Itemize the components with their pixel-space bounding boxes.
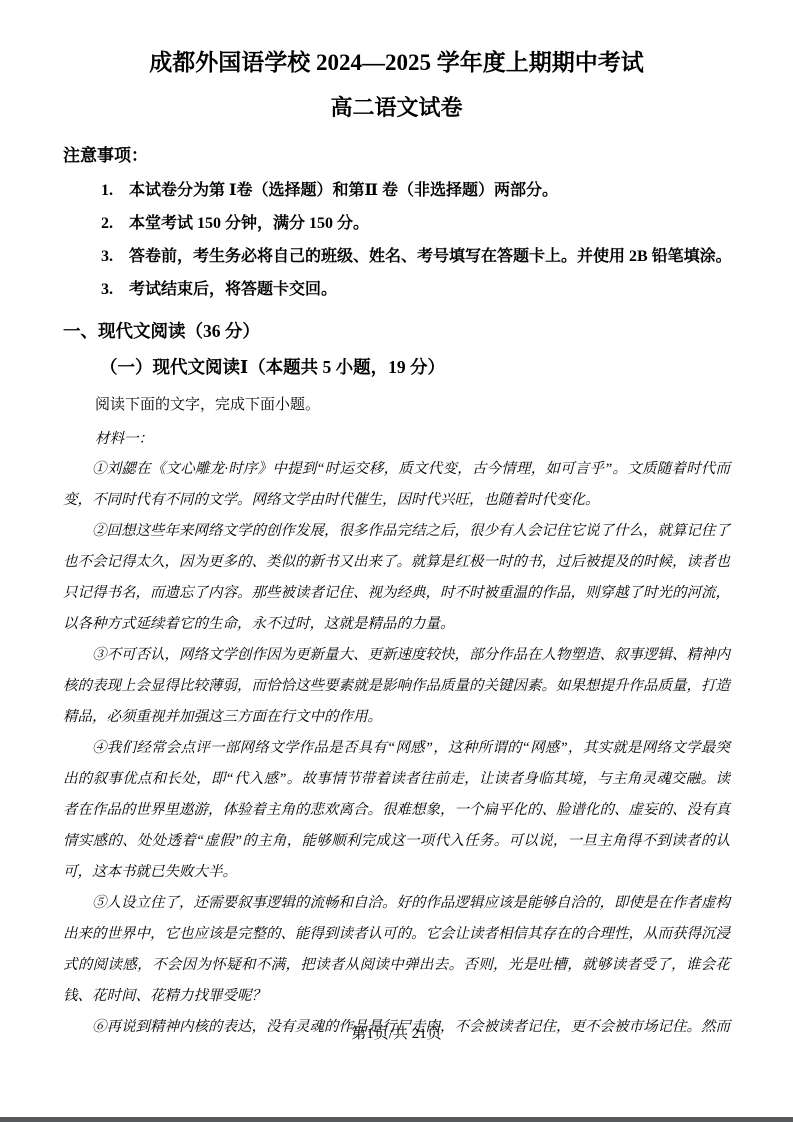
- notice-item-number: 3.: [101, 273, 129, 306]
- bottom-border-bar: [0, 1117, 793, 1122]
- section-heading-modern-reading: 一、现代文阅读（36 分）: [63, 316, 730, 346]
- notice-item-number: 2.: [101, 207, 129, 240]
- body-paragraph-4: ④我们经常会点评一部网络文学作品是否具有“网感”，这种所谓的“网感”，其实就是网…: [63, 733, 730, 888]
- page-title: 成都外国语学校 2024—2025 学年度上期期中考试: [63, 48, 730, 78]
- notice-item: 1.本试卷分为第 Ⅰ卷（选择题）和第Ⅱ 卷（非选择题）两部分。: [63, 174, 730, 207]
- exam-document-page: 成都外国语学校 2024—2025 学年度上期期中考试 高二语文试卷 注意事项：…: [0, 0, 793, 1122]
- body-paragraph-1: ①刘勰在《文心雕龙·时序》中提到“时运交移，质文代变，古今情理，如可言乎”。文质…: [63, 454, 730, 516]
- notice-item: 3.答卷前，考生务必将自己的班级、姓名、考号填写在答题卡上。并使用 2B 铅笔填…: [63, 240, 730, 273]
- notice-item: 3.考试结束后，将答题卡交回。: [63, 273, 730, 306]
- subsection-heading-reading-1: （一）现代文阅读Ⅰ（本题共 5 小题，19 分）: [100, 352, 730, 382]
- body-paragraph-3: ③不可否认，网络文学创作因为更新量大、更新速度较快，部分作品在人物塑造、叙事逻辑…: [63, 640, 730, 733]
- notice-item-text: 本试卷分为第 Ⅰ卷（选择题）和第Ⅱ 卷（非选择题）两部分。: [129, 182, 558, 199]
- body-paragraph-5: ⑤人设立住了，还需要叙事逻辑的流畅和自洽。好的作品逻辑应该是能够自洽的，即使是在…: [63, 888, 730, 1012]
- reading-instruction: 阅读下面的文字，完成下面小题。: [95, 392, 730, 418]
- notice-heading: 注意事项：: [63, 144, 730, 168]
- notice-item-text: 本堂考试 150 分钟，满分 150 分。: [129, 215, 369, 232]
- notice-item-text: 答卷前，考生务必将自己的班级、姓名、考号填写在答题卡上。并使用 2B 铅笔填涂。: [129, 248, 732, 265]
- notice-item-text: 考试结束后，将答题卡交回。: [129, 281, 337, 298]
- notice-item-number: 1.: [101, 174, 129, 207]
- notice-list: 1.本试卷分为第 Ⅰ卷（选择题）和第Ⅱ 卷（非选择题）两部分。 2.本堂考试 1…: [63, 174, 730, 306]
- page-subtitle: 高二语文试卷: [63, 94, 730, 122]
- material-body: ①刘勰在《文心雕龙·时序》中提到“时运交移，质文代变，古今情理，如可言乎”。文质…: [63, 454, 730, 1043]
- notice-item-number: 3.: [101, 240, 129, 273]
- material-label: 材料一：: [95, 426, 730, 452]
- notice-item: 2.本堂考试 150 分钟，满分 150 分。: [63, 207, 730, 240]
- page-number-footer: 第1页/共 21页: [0, 1022, 793, 1046]
- page-content: 成都外国语学校 2024—2025 学年度上期期中考试 高二语文试卷 注意事项：…: [0, 0, 793, 1043]
- body-paragraph-2: ②回想这些年来网络文学的创作发展，很多作品完结之后，很少有人会记住它说了什么，就…: [63, 516, 730, 640]
